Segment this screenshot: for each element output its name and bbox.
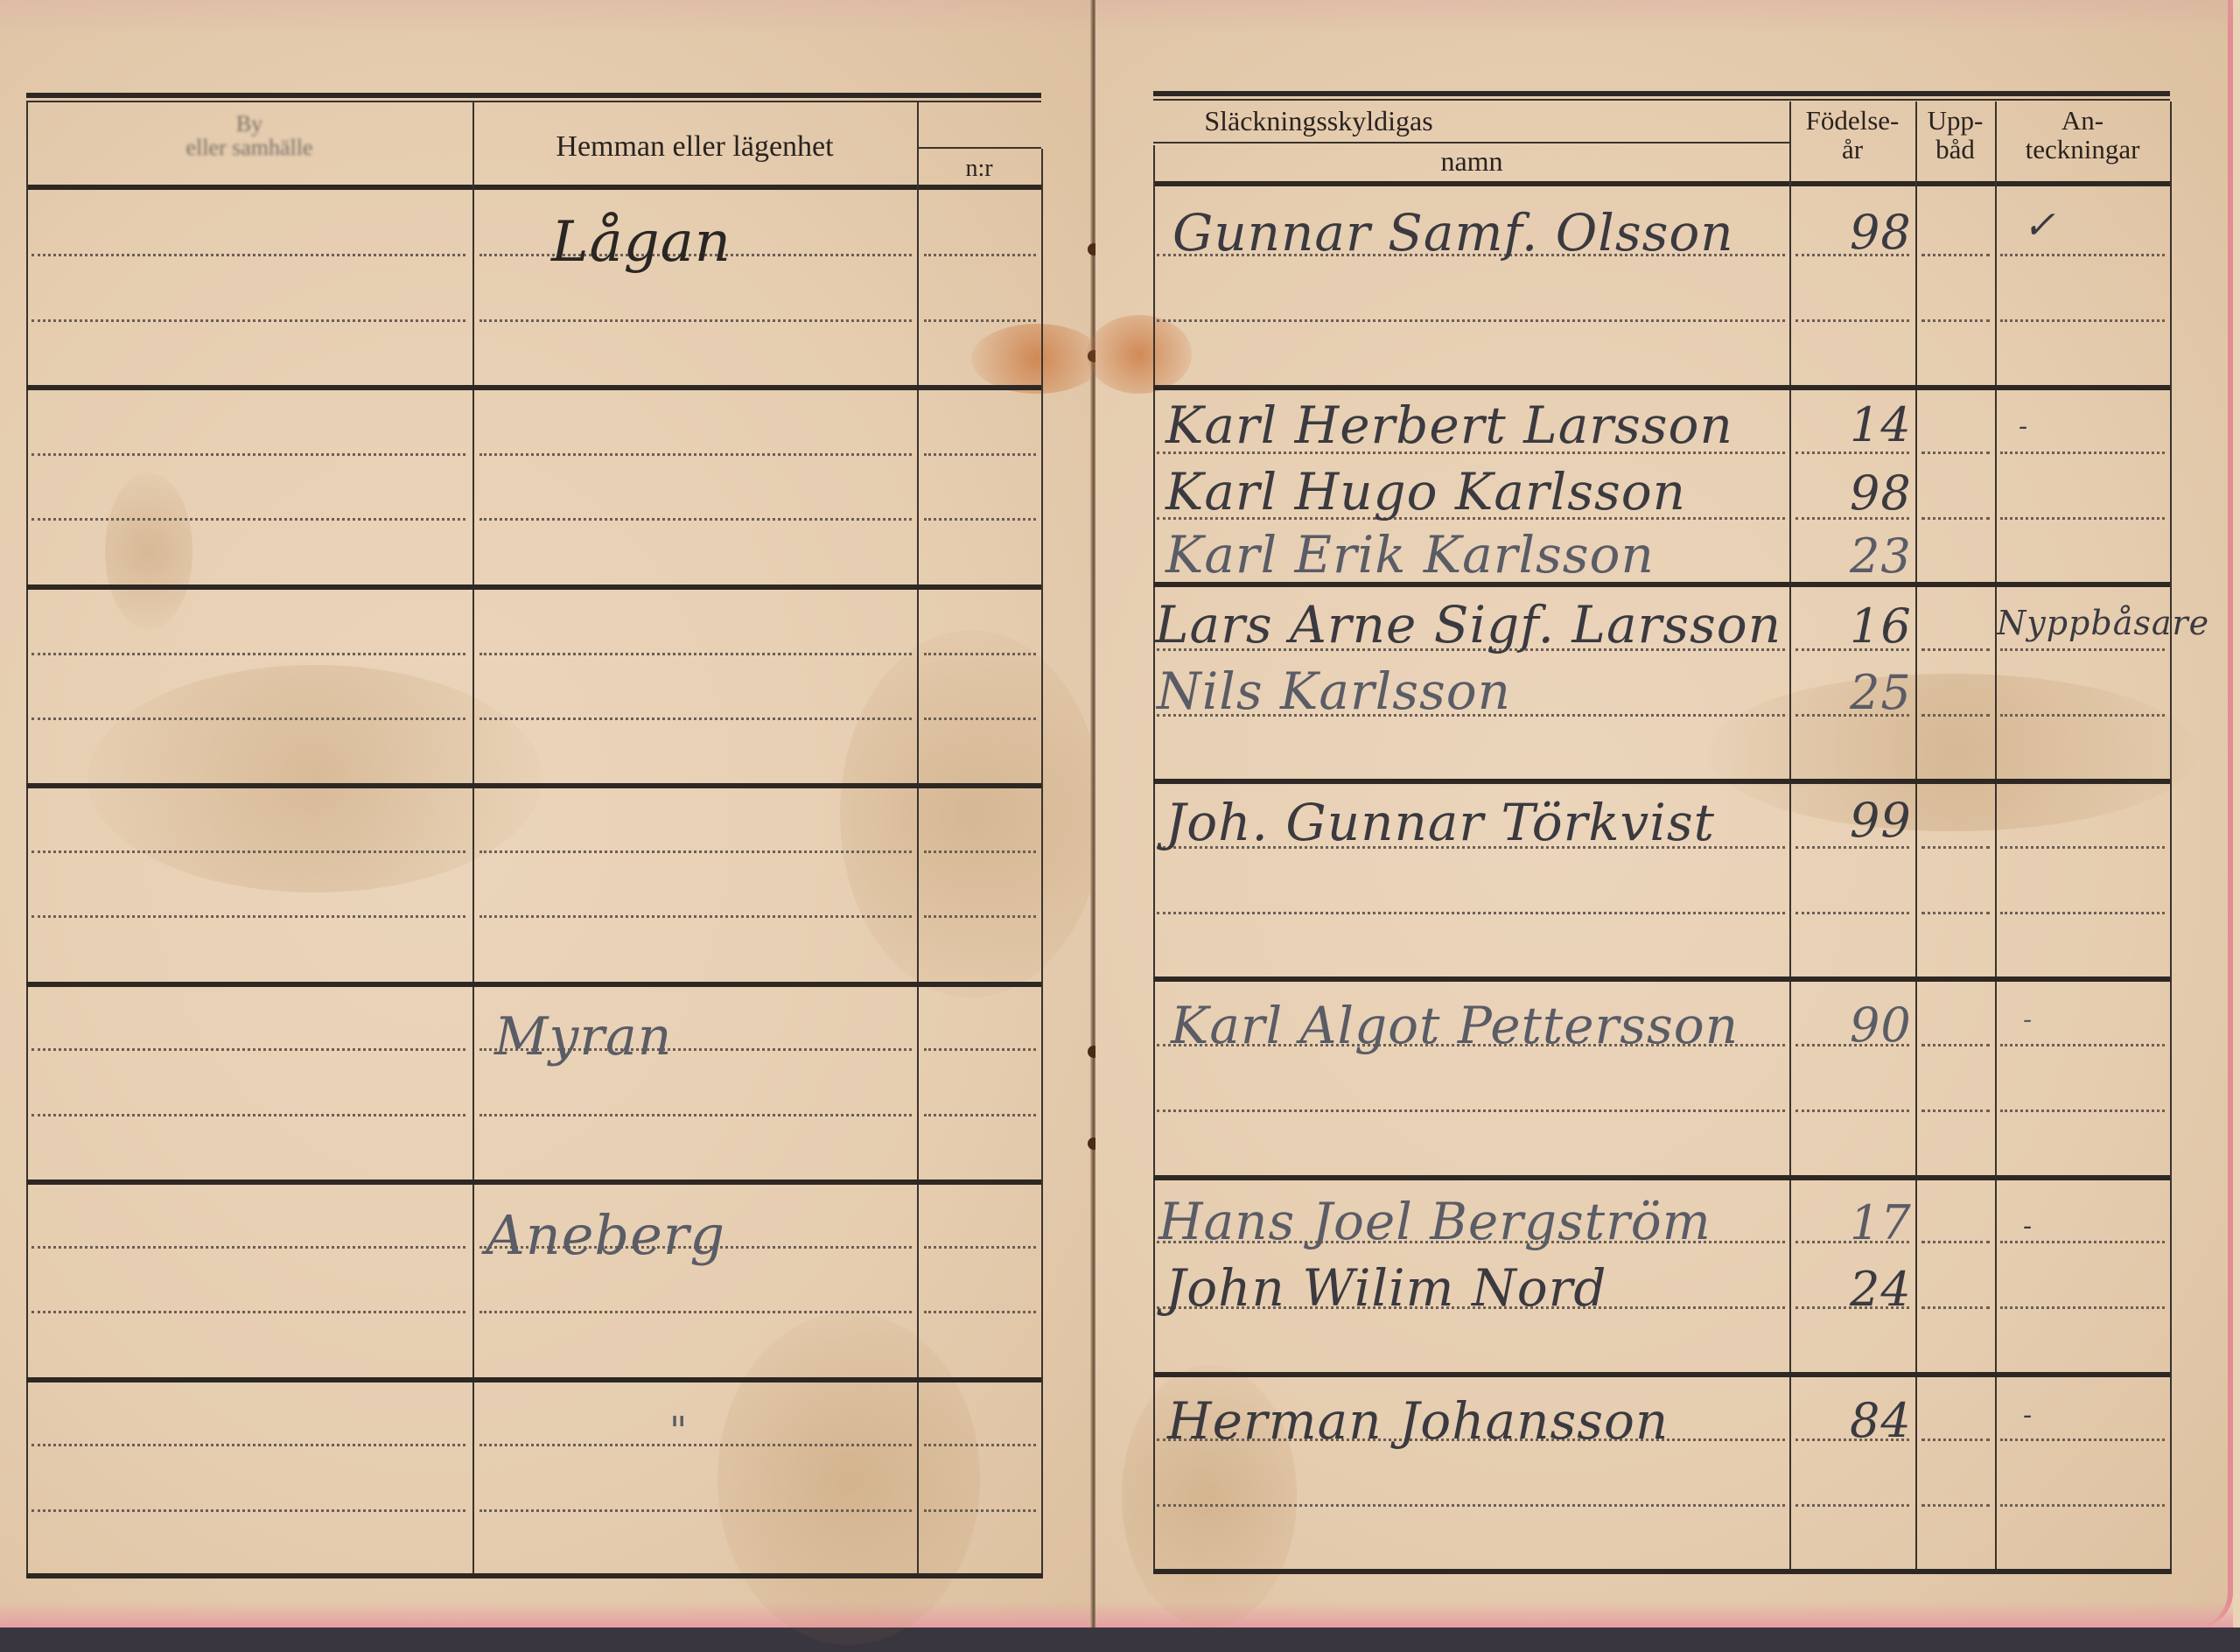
column-line	[26, 101, 28, 1575]
header-upp-line1: Upp-	[1915, 107, 1995, 136]
note-mark: ✓	[2023, 203, 2056, 248]
header-notes-line2: teckningar	[1995, 136, 2170, 164]
dotted-line	[924, 518, 1036, 521]
dotted-line	[1157, 1109, 1785, 1112]
right-page: Släckningsskyldigas namn Födelse- år Upp…	[1095, 0, 2233, 1627]
birth-year: 24	[1850, 1262, 1912, 1317]
row-separator	[26, 584, 1041, 590]
rule	[1153, 99, 2170, 101]
person-name: Karl Herbert Larsson	[1165, 395, 1733, 455]
dotted-line	[924, 1114, 1036, 1116]
dotted-line	[479, 1114, 912, 1116]
person-name: Lars Arne Sigf. Larsson	[1155, 595, 1781, 654]
birth-year: 98	[1850, 465, 1912, 521]
dotted-line	[1921, 1044, 1990, 1046]
table-bottom-rule	[1153, 1569, 2172, 1574]
table-bottom-rule	[26, 1573, 1043, 1578]
birth-year: 14	[1850, 397, 1912, 452]
dotted-line	[479, 518, 912, 521]
header-birth-line2: år	[1789, 136, 1915, 164]
dotted-line	[31, 1311, 465, 1313]
dotted-line	[1157, 319, 1785, 322]
note-mark: -	[2019, 411, 2028, 442]
row-separator	[26, 1179, 1041, 1185]
rule	[1155, 181, 2170, 186]
dotted-line	[2000, 648, 2165, 651]
dotted-line	[924, 653, 1036, 655]
hemman-entry: Aneberg	[486, 1203, 725, 1267]
dotted-line	[924, 1048, 1036, 1051]
dotted-line	[31, 653, 465, 655]
person-name: John Wilim Nord	[1165, 1258, 1607, 1318]
dotted-line	[924, 850, 1036, 853]
birth-year: 25	[1850, 665, 1912, 720]
person-name: Joh. Gunnar Törkvist	[1165, 793, 1715, 852]
dotted-line	[1795, 319, 1909, 322]
dotted-line	[924, 1509, 1036, 1512]
dotted-line	[479, 1311, 912, 1313]
row-separator	[26, 1377, 1041, 1382]
person-name: Hans Joel Bergström	[1158, 1192, 1711, 1251]
dotted-line	[1157, 912, 1785, 914]
dotted-line	[31, 1114, 465, 1116]
dotted-line	[924, 1246, 1036, 1249]
rule	[1153, 142, 1790, 143]
dotted-line	[1795, 1504, 1909, 1507]
row-separator	[1153, 1372, 2170, 1377]
dotted-line	[31, 254, 465, 256]
dotted-line	[31, 518, 465, 521]
dotted-line	[924, 1311, 1036, 1313]
dotted-line	[31, 850, 465, 853]
hemman-entry: Myran	[494, 1006, 672, 1067]
header-upp-line2: båd	[1915, 136, 1995, 164]
dotted-line	[924, 915, 1036, 918]
note-mark: -	[2023, 1400, 2033, 1431]
birth-year: 17	[1850, 1195, 1912, 1250]
column-line	[1041, 149, 1043, 1575]
header-birth-line1: Födelse-	[1789, 107, 1915, 136]
dotted-line	[924, 717, 1036, 720]
header-nr: n:r	[917, 156, 1041, 181]
dotted-line	[479, 1509, 912, 1512]
dotted-line	[2000, 1504, 2165, 1507]
dotted-line	[31, 1246, 465, 1249]
dotted-line	[31, 319, 465, 322]
dotted-line	[31, 1444, 465, 1446]
column-line	[1995, 101, 1997, 1570]
header-hemman: Hemman eller lägenhet	[472, 131, 917, 163]
dotted-line	[31, 915, 465, 918]
dotted-line	[1921, 846, 1990, 849]
dotted-line	[2000, 517, 2165, 520]
header-birth-year: Födelse- år	[1789, 107, 1915, 164]
row-separator	[26, 385, 1041, 390]
header-notes-line1: An-	[1995, 107, 2170, 136]
dotted-line	[924, 319, 1036, 322]
dotted-line	[924, 453, 1036, 456]
dotted-line	[1795, 1109, 1909, 1112]
dotted-line	[2000, 254, 2165, 256]
row-separator	[26, 982, 1041, 987]
birth-year: 16	[1850, 598, 1912, 654]
person-name: Karl Algot Pettersson	[1171, 996, 1739, 1055]
dotted-line	[1921, 912, 1990, 914]
note-mark: -	[2023, 1211, 2033, 1242]
rule	[1153, 91, 2170, 96]
dotted-line	[1921, 648, 1990, 651]
dotted-line	[2000, 1306, 2165, 1309]
column-line	[1915, 101, 1917, 1570]
dotted-line	[479, 319, 912, 322]
header-by-line1: By	[26, 112, 472, 136]
dotted-line	[1921, 1241, 1990, 1243]
hemman-entry: "	[669, 1409, 688, 1453]
birth-year: 98	[1850, 205, 1912, 260]
header-uppbad: Upp- båd	[1915, 107, 1995, 164]
dotted-line	[2000, 912, 2165, 914]
dotted-line	[2000, 1109, 2165, 1112]
dotted-line	[2000, 846, 2165, 849]
person-name: Karl Hugo Karlsson	[1165, 462, 1686, 521]
dotted-line	[1921, 254, 1990, 256]
dotted-line	[2000, 714, 2165, 717]
row-separator	[1153, 385, 2170, 390]
dotted-line	[1921, 1504, 1990, 1507]
column-line	[1153, 145, 1155, 1570]
rule	[919, 147, 1041, 149]
note-text: Nyppbåsare	[1997, 604, 2209, 642]
rule	[26, 185, 1041, 190]
dotted-line	[1921, 517, 1990, 520]
dotted-line	[1795, 912, 1909, 914]
header-by-line2: eller samhälle	[26, 136, 472, 159]
person-name: Herman Johansson	[1167, 1391, 1669, 1451]
dotted-line	[2000, 451, 2165, 454]
row-separator	[1153, 1175, 2170, 1180]
note-mark: -	[2023, 1004, 2033, 1035]
birth-year: 99	[1850, 793, 1912, 848]
rule	[26, 101, 1041, 102]
dotted-line	[479, 717, 912, 720]
dotted-line	[1921, 714, 1990, 717]
dotted-line	[479, 453, 912, 456]
dotted-line	[479, 915, 912, 918]
dotted-line	[1921, 319, 1990, 322]
column-line	[472, 101, 474, 1575]
column-line	[1789, 101, 1791, 1570]
header-by: By eller samhälle	[26, 112, 472, 160]
dotted-line	[31, 453, 465, 456]
dotted-line	[924, 1444, 1036, 1446]
hemman-entry: Lågan	[551, 210, 731, 275]
dotted-line	[479, 850, 912, 853]
header-notes: An- teckningar	[1995, 107, 2170, 164]
dotted-line	[31, 1048, 465, 1051]
left-register-table: By eller samhälle Hemman eller lägenhet …	[0, 0, 1092, 1627]
left-page: By eller samhälle Hemman eller lägenhet …	[0, 0, 1092, 1627]
dotted-line	[2000, 1438, 2165, 1441]
person-name: Nils Karlsson	[1157, 661, 1511, 721]
dotted-line	[1921, 451, 1990, 454]
right-register-table: Släckningsskyldigas namn Födelse- år Upp…	[1095, 0, 2233, 1627]
dotted-line	[1157, 1504, 1785, 1507]
header-name-line2: namn	[1153, 147, 1790, 177]
open-booklet: By eller samhälle Hemman eller lägenhet …	[0, 0, 2240, 1627]
dotted-line	[31, 1509, 465, 1512]
row-separator	[26, 783, 1041, 788]
birth-year: 23	[1850, 528, 1912, 584]
dotted-line	[479, 1444, 912, 1446]
dotted-line	[2000, 319, 2165, 322]
row-separator	[1153, 976, 2170, 982]
column-line	[2170, 101, 2172, 1570]
dotted-line	[31, 717, 465, 720]
dotted-line	[924, 254, 1036, 256]
birth-year: 84	[1850, 1393, 1912, 1448]
person-name: Karl Erik Karlsson	[1165, 525, 1655, 584]
dotted-line	[479, 653, 912, 655]
birth-year: 90	[1850, 997, 1912, 1053]
row-separator	[1153, 779, 2170, 784]
rule	[26, 93, 1041, 98]
dotted-line	[2000, 1044, 2165, 1046]
dotted-line	[1921, 1306, 1990, 1309]
dotted-line	[1921, 1438, 1990, 1441]
column-line	[917, 101, 919, 1575]
header-name-line1: Släckningsskyldigas	[1148, 107, 1489, 136]
dotted-line	[1921, 1109, 1990, 1112]
person-name: Gunnar Samf. Olsson	[1172, 203, 1734, 262]
